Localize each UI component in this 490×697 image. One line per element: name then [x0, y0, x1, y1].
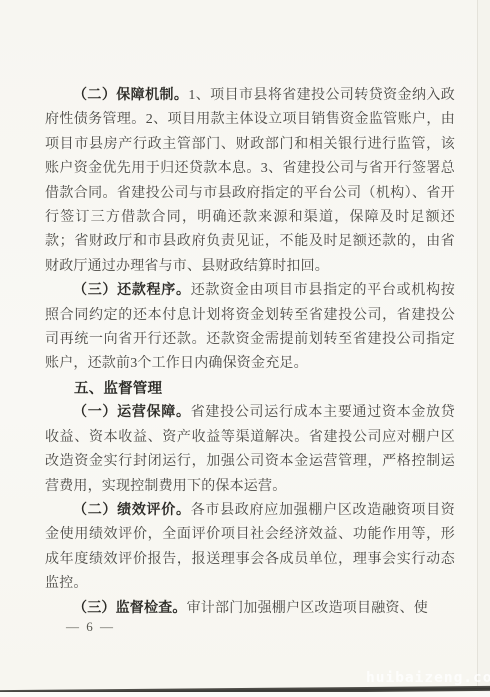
- paragraph-lead: （三）还款程序。: [73, 283, 191, 298]
- paragraph: （二）保障机制。1、项目市县将省建投公司转贷资金纳入政府性债务管理。2、项目用款…: [45, 84, 455, 279]
- paragraph-text: 1、项目市县将省建投公司转贷资金纳入政府性债务管理。2、项目用款主体设立项目销售…: [45, 88, 455, 274]
- section-heading: 五、监督管理: [45, 377, 455, 401]
- paragraph-lead: （二）绩效评价。: [73, 503, 191, 518]
- scan-right-edge-line: [477, 0, 479, 690]
- paragraph: （二）绩效评价。各市县政府应加强棚户区改造融资项目资金使用绩效评价，全面评价项目…: [45, 499, 455, 597]
- page-number: — 6 —: [66, 619, 115, 635]
- scan-below-edge: [0, 692, 490, 697]
- scanned-document-page: （二）保障机制。1、项目市县将省建投公司转贷资金纳入政府性债务管理。2、项目用款…: [0, 0, 490, 697]
- document-body: （二）保障机制。1、项目市县将省建投公司转贷资金纳入政府性债务管理。2、项目用款…: [45, 84, 455, 621]
- paragraph-lead: （三）监督检查。: [73, 601, 187, 616]
- paragraph-text: 审计部门加强棚户区改造项目融资、使: [187, 601, 428, 616]
- paragraph-lead: （二）保障机制。: [73, 88, 188, 103]
- paragraph: （三）还款程序。还款资金由项目市县指定的平台或机构按照合同约定的还本付息计划将资…: [45, 279, 455, 377]
- paragraph: （一）运营保障。省建投公司运行成本主要通过资本金放贷收益、资本收益、资产收益等渠…: [45, 401, 455, 499]
- paragraph-lead: （一）运营保障。: [73, 405, 191, 420]
- scan-right-strip: [478, 0, 490, 692]
- paragraph: （三）监督检查。审计部门加强棚户区改造项目融资、使: [45, 597, 455, 621]
- watermark-text: huibaizeng.com: [366, 670, 490, 686]
